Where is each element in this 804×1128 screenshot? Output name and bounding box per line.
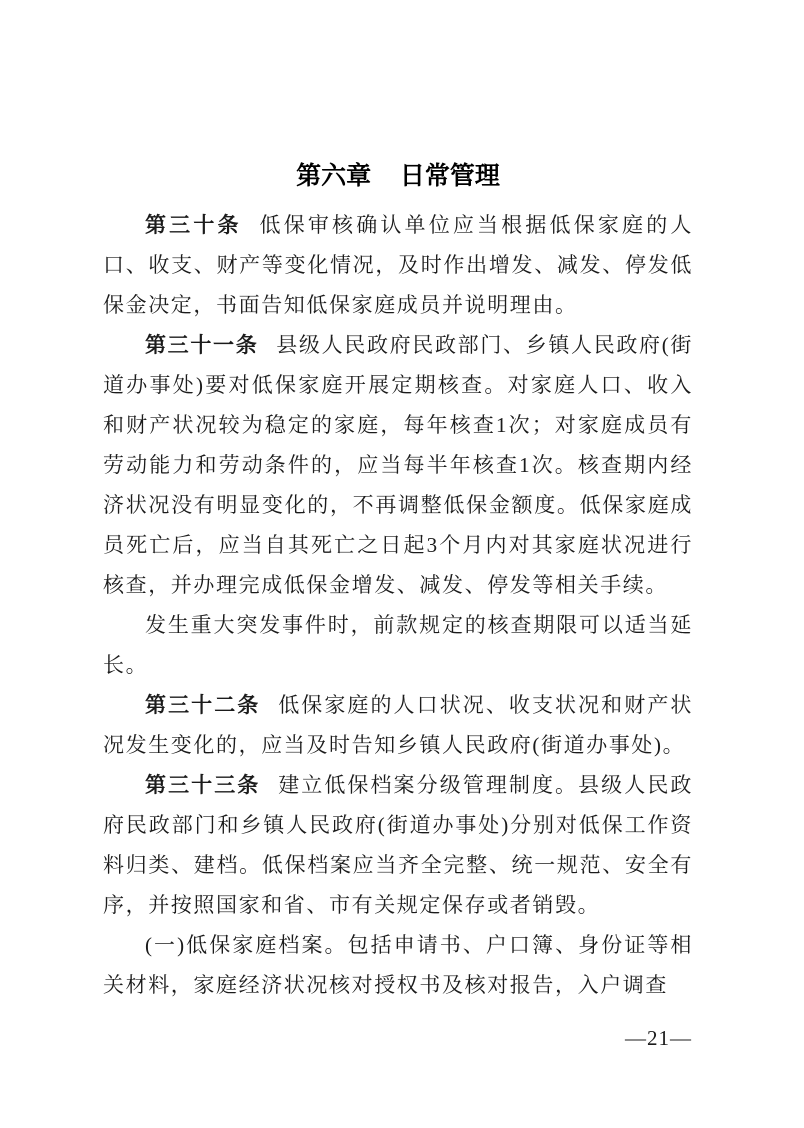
chapter-number: 第六章 [296, 162, 371, 190]
article-31-supplement-paragraph: 发生重大突发事件时，前款规定的核查期限可以适当延长。 [103, 605, 693, 685]
page-number: —21— [625, 1026, 692, 1051]
document-content: 第六章日常管理 第三十条低保审核确认单位应当根据低保家庭的人口、收支、财产等变化… [103, 160, 693, 1005]
article-33-number: 第三十三条 [145, 773, 260, 797]
article-32-number: 第三十二条 [145, 693, 260, 717]
archive-item-1-paragraph: (一)低保家庭档案。包括申请书、户口簿、身份证等相关材料，家庭经济状况核对授权书… [103, 925, 693, 1005]
article-31-number: 第三十一条 [145, 333, 258, 357]
article-30-number: 第三十条 [145, 213, 242, 237]
article-33-paragraph: 第三十三条建立低保档案分级管理制度。县级人民政府民政部门和乡镇人民政府(街道办事… [103, 765, 693, 925]
document-page: 第六章日常管理 第三十条低保审核确认单位应当根据低保家庭的人口、收支、财产等变化… [0, 0, 804, 1128]
article-31-paragraph: 第三十一条县级人民政府民政部门、乡镇人民政府(街道办事处)要对低保家庭开展定期核… [103, 325, 693, 605]
archive-item-1-text: (一)低保家庭档案。包括申请书、户口簿、身份证等相关材料，家庭经济状况核对授权书… [103, 933, 693, 997]
article-32-paragraph: 第三十二条低保家庭的人口状况、收支状况和财产状况发生变化的，应当及时告知乡镇人民… [103, 685, 693, 765]
article-30-paragraph: 第三十条低保审核确认单位应当根据低保家庭的人口、收支、财产等变化情况，及时作出增… [103, 205, 693, 325]
article-31-supplement-text: 发生重大突发事件时，前款规定的核查期限可以适当延长。 [103, 613, 693, 677]
chapter-title: 第六章日常管理 [103, 160, 693, 192]
article-31-text: 县级人民政府民政部门、乡镇人民政府(街道办事处)要对低保家庭开展定期核查。对家庭… [103, 333, 693, 597]
chapter-name: 日常管理 [400, 162, 500, 190]
